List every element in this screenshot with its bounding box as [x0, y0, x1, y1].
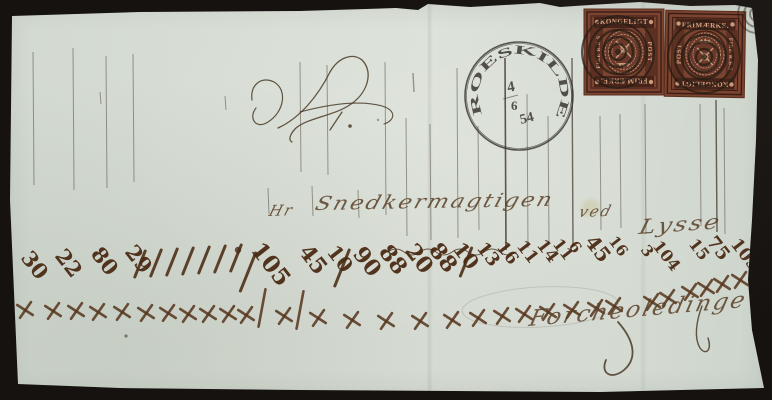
- vertical-pen-stroke: [225, 96, 226, 110]
- vertical-pen-stroke: [457, 68, 458, 238]
- address-word-hr: Hr: [266, 201, 296, 220]
- x-mark: [412, 313, 428, 329]
- x-mark: [138, 305, 154, 321]
- bottom-place-name: Forcheoledinge: [526, 287, 750, 332]
- vertical-pen-stroke: [430, 124, 431, 240]
- bottom-flourish: [604, 322, 632, 375]
- tally-slash: [183, 248, 193, 274]
- tally-numeral: 104: [649, 237, 685, 275]
- x-mark: [238, 307, 254, 323]
- vertical-pen-stroke: [327, 65, 328, 175]
- vertical-pen-stroke: [413, 73, 414, 92]
- x-mark: [732, 272, 748, 288]
- postmark-date-day: 4: [506, 79, 517, 96]
- tally-numeral: 30: [16, 246, 54, 284]
- address-word-place: Lysse: [636, 209, 725, 239]
- tally-slash: [240, 253, 255, 291]
- letter-sheet: FRIMÆRKE. KONGELIGT POST FIRE R.B.S: [0, 0, 772, 400]
- tally-numerals-row: 3022802910545109088208810131611141164516…: [16, 230, 764, 291]
- tally-slash: [215, 246, 225, 272]
- vertical-pen-stroke: [300, 62, 301, 172]
- x-mark: [45, 303, 61, 319]
- ink-blot: [235, 247, 241, 253]
- ink-marks-layer: FRIMÆRKE. KONGELIGT POST FIRE R.B.S: [0, 0, 772, 400]
- x-mark: [378, 313, 394, 329]
- vertical-pen-stroke: [33, 52, 34, 185]
- paraph-flourish: [252, 56, 393, 142]
- tall-slash-mark: [292, 291, 309, 328]
- tally-numeral: 105: [726, 235, 764, 275]
- vertical-pen-stroke: [406, 118, 407, 236]
- postmark-roeskilde: ROESKILDE 4 6 54: [465, 42, 573, 150]
- vertical-pen-stroke: [478, 126, 479, 230]
- vertical-pen-stroke: [505, 58, 506, 250]
- x-mark: [17, 302, 33, 318]
- postmark-circle: [465, 42, 573, 150]
- x-mark: [68, 303, 84, 319]
- address-word-ved: ved: [577, 202, 615, 221]
- x-mark: [180, 306, 196, 322]
- x-mark: [90, 304, 106, 320]
- ink-speck: [124, 334, 127, 337]
- address-word-name: Snedkermagtigen: [313, 188, 558, 215]
- tally-slash: [167, 249, 177, 275]
- postmark-date-month: 6: [511, 98, 518, 113]
- ink-speck: [377, 119, 379, 121]
- vertical-pen-stroke: [100, 92, 101, 104]
- x-mark: [344, 312, 360, 328]
- tall-slash-mark: [254, 289, 271, 326]
- tally-numeral: 80: [86, 242, 124, 280]
- vertical-pen-stroke: [724, 108, 725, 234]
- x-mark: [200, 306, 216, 322]
- vertical-pen-stroke: [548, 116, 549, 242]
- stamp-pair: [582, 0, 772, 98]
- photo-background: FRIMÆRKE. KONGELIGT POST FIRE R.B.S: [0, 0, 772, 400]
- x-mark: [220, 306, 236, 322]
- vertical-pen-stroke: [73, 48, 74, 190]
- x-mark: [444, 312, 460, 328]
- vertical-pen-stroke: [700, 104, 701, 226]
- tally-numeral: 105: [245, 237, 296, 291]
- x-mark: [114, 304, 130, 320]
- x-mark: [310, 310, 326, 326]
- x-mark: [494, 308, 510, 324]
- tally-numeral: 22: [50, 244, 88, 282]
- postmark-town: ROESKILDE: [466, 42, 572, 120]
- vertical-pen-stroke: [133, 54, 134, 182]
- x-mark: [160, 305, 176, 321]
- vertical-pen-stroke: [106, 56, 107, 188]
- x-mark: [276, 308, 292, 324]
- tally-slash: [199, 247, 209, 273]
- postmark-date-year: 54: [518, 110, 535, 128]
- vertical-pen-stroke: [620, 114, 621, 228]
